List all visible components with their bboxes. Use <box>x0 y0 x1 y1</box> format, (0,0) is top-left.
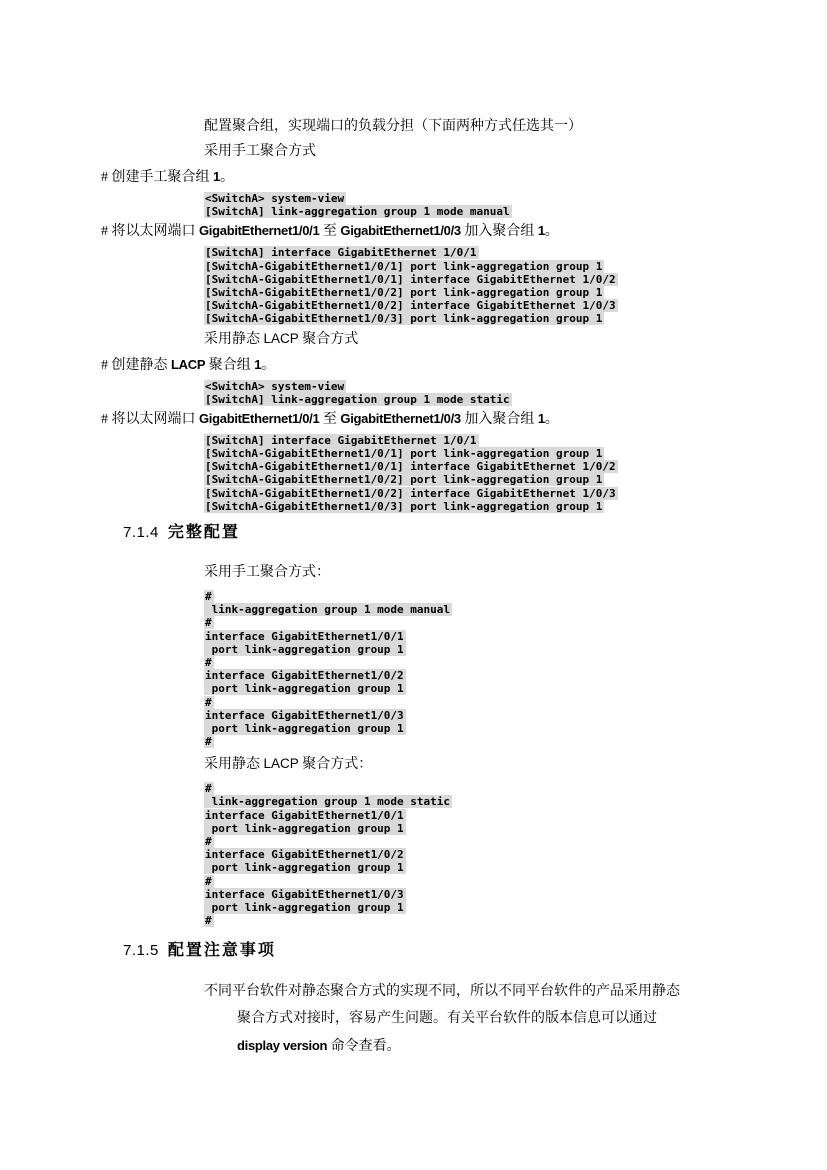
code-text: port link-aggregation group 1 <box>204 682 406 695</box>
code-block-create-lacp-group: <SwitchA> system-view[SwitchA] link-aggr… <box>204 378 827 406</box>
section-heading-715: 7.1.5配置注意事项 <box>123 940 827 962</box>
text-segment: # 创建手工聚合组 <box>101 170 213 185</box>
code-text: port link-aggregation group 1 <box>204 822 406 835</box>
code-text: [SwitchA-GigabitEthernet1/0/1] port link… <box>204 260 604 273</box>
text-segment: GigabitEthernet1/0/3 <box>340 411 460 426</box>
text-segment: 1 <box>538 411 545 426</box>
code-line: # <box>204 695 827 708</box>
code-text: interface GigabitEthernet1/0/1 <box>204 630 406 643</box>
intro-line-2: 采用手工聚合方式 <box>204 139 827 164</box>
code-line: interface GigabitEthernet1/0/2 <box>204 847 827 860</box>
text-segment: LACP <box>264 331 299 346</box>
code-line: port link-aggregation group 1 <box>204 642 827 655</box>
code-line: [SwitchA-GigabitEthernet1/0/2] interface… <box>204 486 827 499</box>
code-line: port link-aggregation group 1 <box>204 721 827 734</box>
text-segment: 命令查看。 <box>327 1039 401 1054</box>
text-segment: 聚合方式 <box>299 332 359 347</box>
text-segment: 采用静态 <box>204 757 264 772</box>
intro-line-1: 配置聚合组，实现端口的负载分担（下面两种方式任选其一） <box>204 114 827 139</box>
text-segment: GigabitEthernet1/0/1 <box>199 223 319 238</box>
section-title-714: 完整配置 <box>168 524 240 541</box>
text-segment: 至 <box>319 224 340 239</box>
code-line: # <box>204 589 827 602</box>
code-line: # <box>204 655 827 668</box>
text-segment: # 创建静态 <box>101 358 171 373</box>
text-segment: # 将以太网端口 <box>101 412 199 427</box>
code-text: [SwitchA-GigabitEthernet1/0/2] interface… <box>204 299 618 312</box>
code-text: [SwitchA-GigabitEthernet1/0/3] port link… <box>204 500 604 513</box>
code-text: # <box>204 616 214 629</box>
code-line: link-aggregation group 1 mode manual <box>204 602 827 615</box>
text-segment: 1 <box>213 169 220 184</box>
text-segment: 采用静态 <box>204 332 264 347</box>
text-segment: LACP <box>264 756 299 771</box>
code-line: # <box>204 913 827 926</box>
code-line: interface GigabitEthernet1/0/1 <box>204 629 827 642</box>
text-segment: GigabitEthernet1/0/3 <box>340 223 460 238</box>
code-block-lacp-full-config: # link-aggregation group 1 mode staticin… <box>204 780 827 927</box>
code-line: [SwitchA-GigabitEthernet1/0/2] interface… <box>204 298 827 311</box>
code-line: port link-aggregation group 1 <box>204 681 827 694</box>
code-text: interface GigabitEthernet1/0/3 <box>204 709 406 722</box>
code-text: [SwitchA-GigabitEthernet1/0/1] interface… <box>204 273 618 286</box>
code-line: interface GigabitEthernet1/0/3 <box>204 708 827 721</box>
step-add-ports-manual: # 将以太网端口 GigabitEthernet1/0/1 至 GigabitE… <box>101 218 827 244</box>
step-add-ports-lacp: # 将以太网端口 GigabitEthernet1/0/1 至 GigabitE… <box>101 406 827 432</box>
code-block-create-manual-group: <SwitchA> system-view[SwitchA] link-aggr… <box>204 190 827 218</box>
code-line: [SwitchA-GigabitEthernet1/0/1] port link… <box>204 446 827 459</box>
code-text: port link-aggregation group 1 <box>204 901 406 914</box>
text-segment: 聚合方式： <box>299 757 373 772</box>
code-line: [SwitchA-GigabitEthernet1/0/2] port link… <box>204 472 827 485</box>
code-text: [SwitchA] interface GigabitEthernet 1/0/… <box>204 246 479 259</box>
code-line: interface GigabitEthernet1/0/3 <box>204 887 827 900</box>
section-number-715: 7.1.5 <box>123 942 159 959</box>
code-text: [SwitchA-GigabitEthernet1/0/1] port link… <box>204 447 604 460</box>
text-segment: 加入聚合组 <box>461 224 538 239</box>
text-segment: display version <box>237 1038 327 1053</box>
code-text: # <box>204 835 214 848</box>
section-title-715: 配置注意事项 <box>168 942 276 959</box>
code-block-add-ports-manual: [SwitchA] interface GigabitEthernet 1/0/… <box>204 244 827 325</box>
manual-full-config-label: 采用手工聚合方式： <box>204 560 827 585</box>
note-line-1: 不同平台软件对静态聚合方式的实现不同，所以不同平台软件的产品采用静态 <box>204 978 827 1005</box>
code-text: interface GigabitEthernet1/0/1 <box>204 809 406 822</box>
code-line: interface GigabitEthernet1/0/1 <box>204 808 827 821</box>
text-segment: 。 <box>261 358 275 373</box>
code-block-add-ports-lacp: [SwitchA] interface GigabitEthernet 1/0/… <box>204 432 827 513</box>
text-segment: 聚合组 <box>205 358 254 373</box>
text-segment: 加入聚合组 <box>461 412 538 427</box>
code-line: link-aggregation group 1 mode static <box>204 794 827 807</box>
text-segment: 。 <box>545 224 559 239</box>
code-text: [SwitchA-GigabitEthernet1/0/3] port link… <box>204 312 604 325</box>
code-text: interface GigabitEthernet1/0/3 <box>204 888 406 901</box>
lacp-method-line: 采用静态 LACP 聚合方式 <box>204 326 827 352</box>
code-line: [SwitchA] interface GigabitEthernet 1/0/… <box>204 433 827 446</box>
code-line: # <box>204 874 827 887</box>
code-text: [SwitchA-GigabitEthernet1/0/2] port link… <box>204 286 604 299</box>
code-text: [SwitchA-GigabitEthernet1/0/2] port link… <box>204 473 604 486</box>
code-line: # <box>204 834 827 847</box>
code-line: [SwitchA-GigabitEthernet1/0/3] port link… <box>204 499 827 512</box>
code-text: [SwitchA] interface GigabitEthernet 1/0/… <box>204 434 479 447</box>
code-line: port link-aggregation group 1 <box>204 821 827 834</box>
code-line: [SwitchA-GigabitEthernet1/0/3] port link… <box>204 311 827 324</box>
code-line: <SwitchA> system-view <box>204 379 827 392</box>
code-text: port link-aggregation group 1 <box>204 861 406 874</box>
code-text: # <box>204 735 214 748</box>
code-text: port link-aggregation group 1 <box>204 643 406 656</box>
text-segment: 。 <box>220 170 234 185</box>
code-line: [SwitchA-GigabitEthernet1/0/2] port link… <box>204 285 827 298</box>
code-line: [SwitchA-GigabitEthernet1/0/1] interface… <box>204 459 827 472</box>
code-text: # <box>204 590 214 603</box>
code-line: [SwitchA-GigabitEthernet1/0/1] port link… <box>204 259 827 272</box>
code-line: [SwitchA] interface GigabitEthernet 1/0/… <box>204 245 827 258</box>
code-text: [SwitchA-GigabitEthernet1/0/1] interface… <box>204 460 618 473</box>
code-line: # <box>204 781 827 794</box>
step-create-manual-group: # 创建手工聚合组 1。 <box>101 164 827 190</box>
code-line: [SwitchA-GigabitEthernet1/0/1] interface… <box>204 272 827 285</box>
code-block-manual-full-config: # link-aggregation group 1 mode manual#i… <box>204 588 827 748</box>
code-line: # <box>204 615 827 628</box>
section-heading-714: 7.1.4完整配置 <box>123 522 827 544</box>
code-text: # <box>204 782 214 795</box>
lacp-full-config-label: 采用静态 LACP 聚合方式： <box>204 751 827 777</box>
code-line: port link-aggregation group 1 <box>204 900 827 913</box>
code-text: interface GigabitEthernet1/0/2 <box>204 848 406 861</box>
code-text: # <box>204 696 214 709</box>
code-text: <SwitchA> system-view <box>204 192 346 205</box>
code-line: port link-aggregation group 1 <box>204 860 827 873</box>
code-text: # <box>204 656 214 669</box>
text-segment: # 将以太网端口 <box>101 224 199 239</box>
text-segment: GigabitEthernet1/0/1 <box>199 411 319 426</box>
code-line: <SwitchA> system-view <box>204 191 827 204</box>
code-text: # <box>204 875 214 888</box>
document-page: 配置聚合组，实现端口的负载分担（下面两种方式任选其一） 采用手工聚合方式 # 创… <box>0 0 827 1170</box>
code-line: [SwitchA] link-aggregation group 1 mode … <box>204 204 827 217</box>
code-text: [SwitchA] link-aggregation group 1 mode … <box>204 205 512 218</box>
note-line-3: display version 命令查看。 <box>237 1032 827 1060</box>
code-text: [SwitchA] link-aggregation group 1 mode … <box>204 393 512 406</box>
text-segment: 至 <box>319 412 340 427</box>
code-line: [SwitchA] link-aggregation group 1 mode … <box>204 392 827 405</box>
code-text: [SwitchA-GigabitEthernet1/0/2] interface… <box>204 487 618 500</box>
code-text: # <box>204 914 214 927</box>
text-segment: LACP <box>171 357 205 372</box>
code-text: link-aggregation group 1 mode manual <box>204 603 452 616</box>
code-text: port link-aggregation group 1 <box>204 722 406 735</box>
text-segment: 1 <box>538 223 545 238</box>
note-line-2: 聚合方式对接时，容易产生问题。有关平台软件的版本信息可以通过 <box>237 1005 827 1032</box>
text-segment: 。 <box>545 412 559 427</box>
section-number-714: 7.1.4 <box>123 524 159 541</box>
step-create-lacp-group: # 创建静态 LACP 聚合组 1。 <box>101 352 827 378</box>
code-text: interface GigabitEthernet1/0/2 <box>204 669 406 682</box>
code-line: interface GigabitEthernet1/0/2 <box>204 668 827 681</box>
code-text: link-aggregation group 1 mode static <box>204 795 452 808</box>
code-line: # <box>204 734 827 747</box>
code-text: <SwitchA> system-view <box>204 380 346 393</box>
